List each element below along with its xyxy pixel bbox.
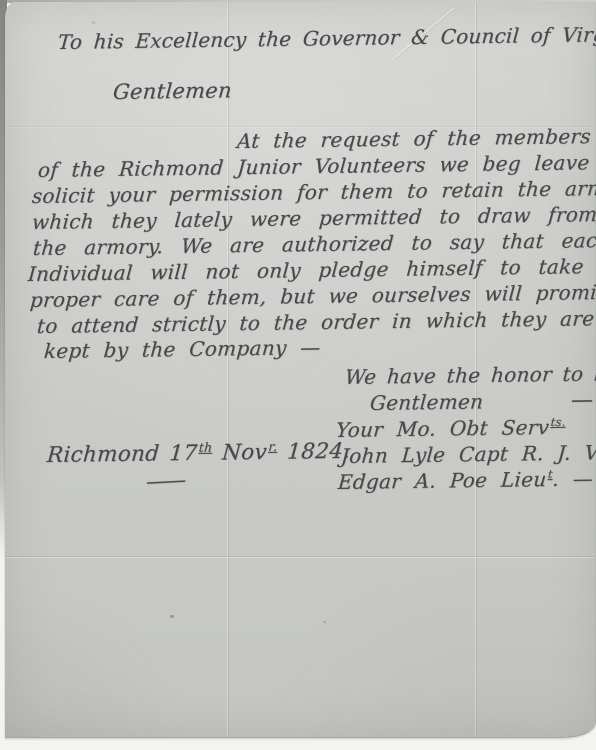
paper-speck [170, 615, 174, 618]
paper-speck [91, 21, 96, 24]
signature-john-lyle: John Lyle Capt R. J. V [340, 440, 596, 468]
dateline-month: Nov [211, 440, 268, 466]
letter-paper: To his Excellency the Governor & Council… [5, 2, 596, 738]
closing-honor-line: We have the honor to be [344, 361, 596, 389]
closing-margin-dash: — [570, 388, 594, 413]
body-line: to attend strictly to the order in which… [36, 306, 595, 338]
addressee-text: To his Excellency the Governor & Council… [57, 22, 596, 54]
dateline-superscript-th: th [198, 440, 213, 455]
dateline-place: Richmond 17 [46, 441, 198, 468]
poe-signature-dash: . — [552, 466, 594, 491]
fold-crease-vertical-left [227, 2, 229, 737]
body-line: At the request of the members [236, 124, 592, 153]
salutation: Gentlemen [112, 78, 233, 104]
servant-superscript: ts. [550, 415, 566, 429]
closing-servant-line: Your Mo. Obt Servts. [335, 415, 566, 442]
dateline-flourish: — [144, 468, 187, 495]
paper-speck [323, 621, 326, 623]
servant-text: Your Mo. Obt Serv [335, 415, 550, 442]
addressee-line: To his Excellency the Governor & Council… [57, 22, 596, 54]
body-line: kept by the Company — [43, 335, 321, 363]
poe-signature-text: Edgar A. Poe Lieu [337, 467, 547, 494]
closing-gentlemen: Gentlemen [369, 389, 484, 415]
dateline-year: 1824. [276, 439, 351, 465]
dateline: Richmond 17th Novr. 1824. [46, 439, 351, 468]
fold-crease-horizontal-bottom [5, 556, 595, 558]
signature-edgar-poe: Edgar A. Poe Lieut. — [337, 466, 594, 494]
